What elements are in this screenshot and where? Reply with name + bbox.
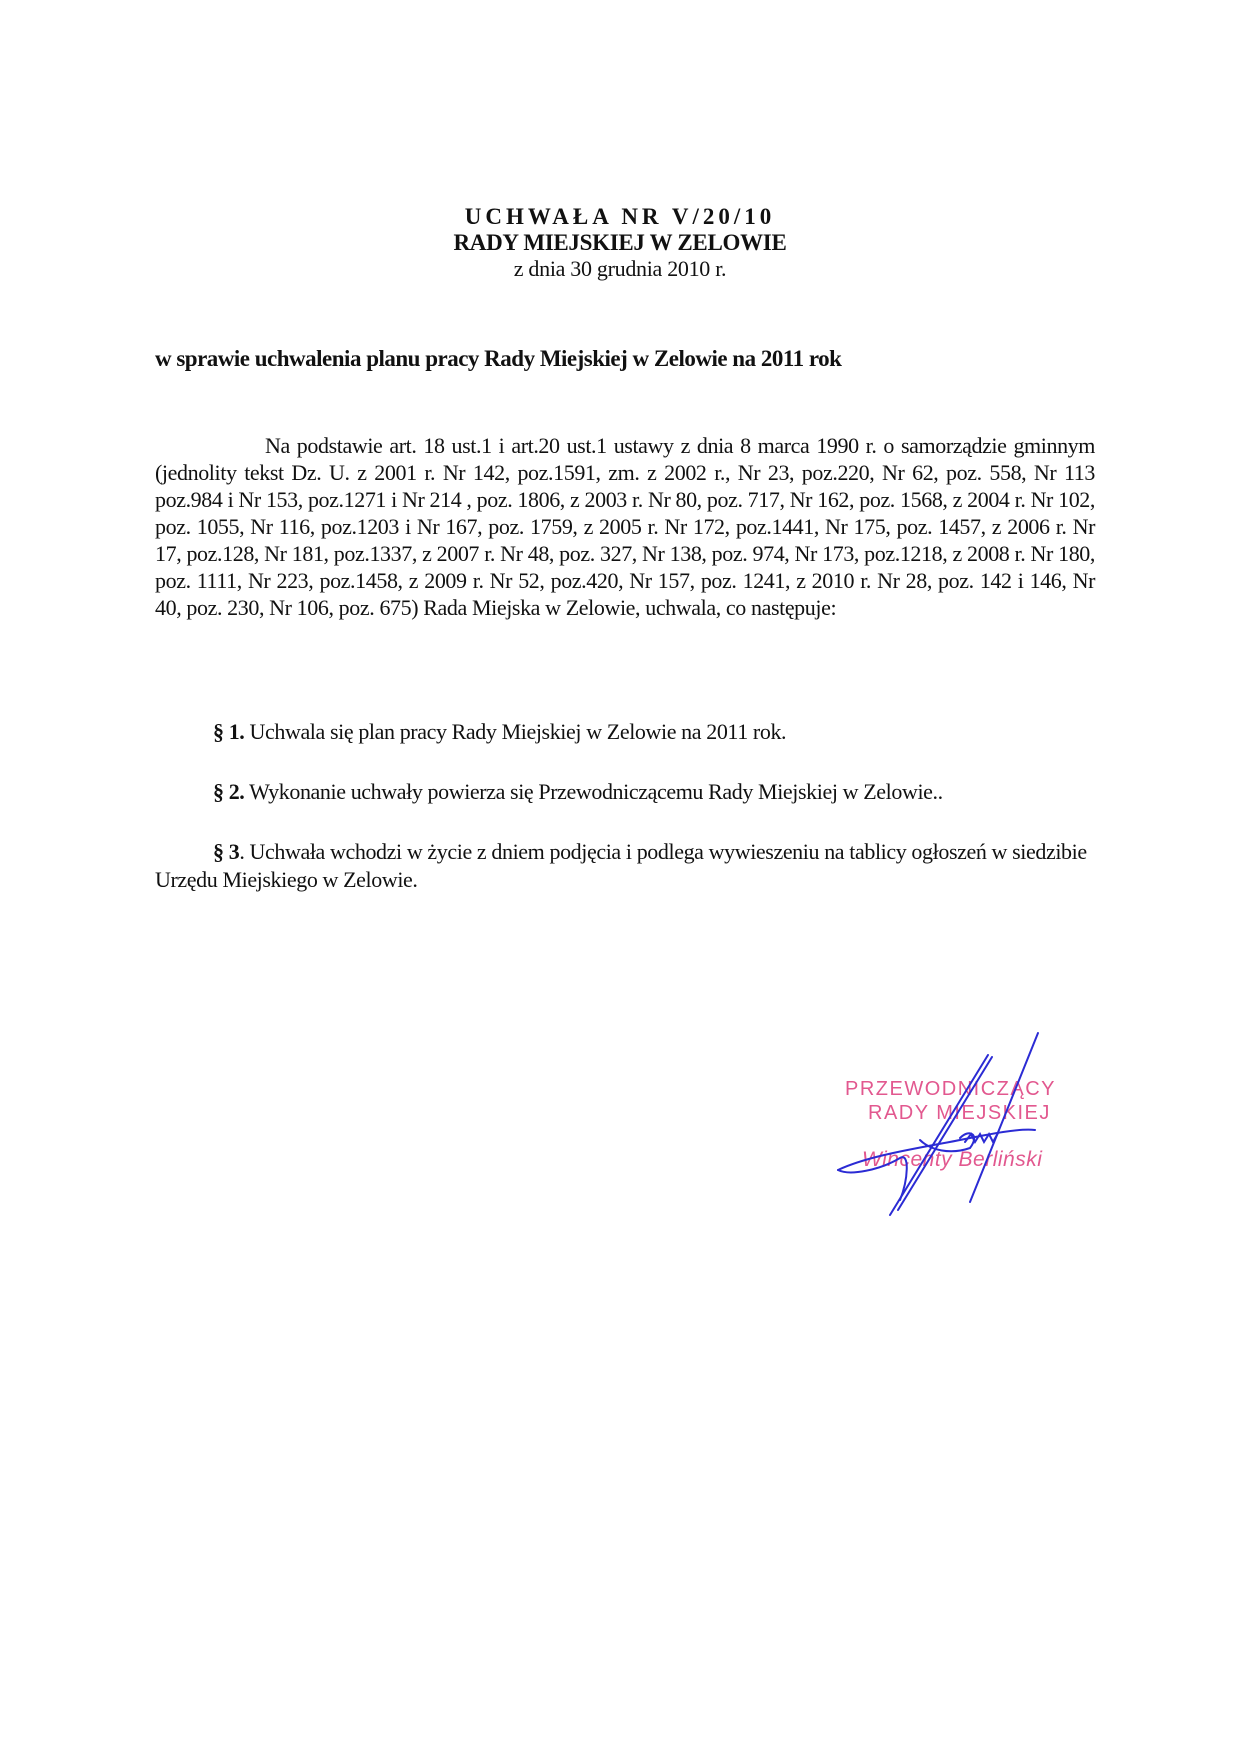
resolution-date: z dnia 30 grudnia 2010 r. bbox=[0, 256, 1240, 282]
handwritten-signature-icon bbox=[820, 1030, 1140, 1230]
resolution-title: UCHWAŁA NR V/20/10 bbox=[0, 204, 1240, 230]
section-3-text: . Uchwała wchodzi w życie z dniem podjęc… bbox=[155, 839, 1087, 892]
section-3: § 3. Uchwała wchodzi w życie z dniem pod… bbox=[155, 838, 1095, 894]
legal-basis-paragraph: Na podstawie art. 18 ust.1 i art.20 ust.… bbox=[155, 432, 1095, 621]
section-2-label: § 2. bbox=[213, 779, 244, 804]
section-1: § 1. Uchwala się plan pracy Rady Miejski… bbox=[155, 718, 1095, 746]
section-3-label: § 3 bbox=[213, 839, 239, 864]
resolution-subject: w sprawie uchwalenia planu pracy Rady Mi… bbox=[155, 346, 841, 372]
section-1-label: § 1. bbox=[213, 719, 244, 744]
council-name: RADY MIEJSKIEJ W ZELOWIE bbox=[0, 230, 1240, 256]
signature-stamp: PRZEWODNICZĄCY RADY MIEJSKIEJ Wincenty B… bbox=[820, 1030, 1140, 1230]
section-2-text: Wykonanie uchwały powierza się Przewodni… bbox=[244, 779, 942, 804]
section-2: § 2. Wykonanie uchwały powierza się Prze… bbox=[155, 778, 1095, 806]
section-1-text: Uchwala się plan pracy Rady Miejskiej w … bbox=[244, 719, 786, 744]
